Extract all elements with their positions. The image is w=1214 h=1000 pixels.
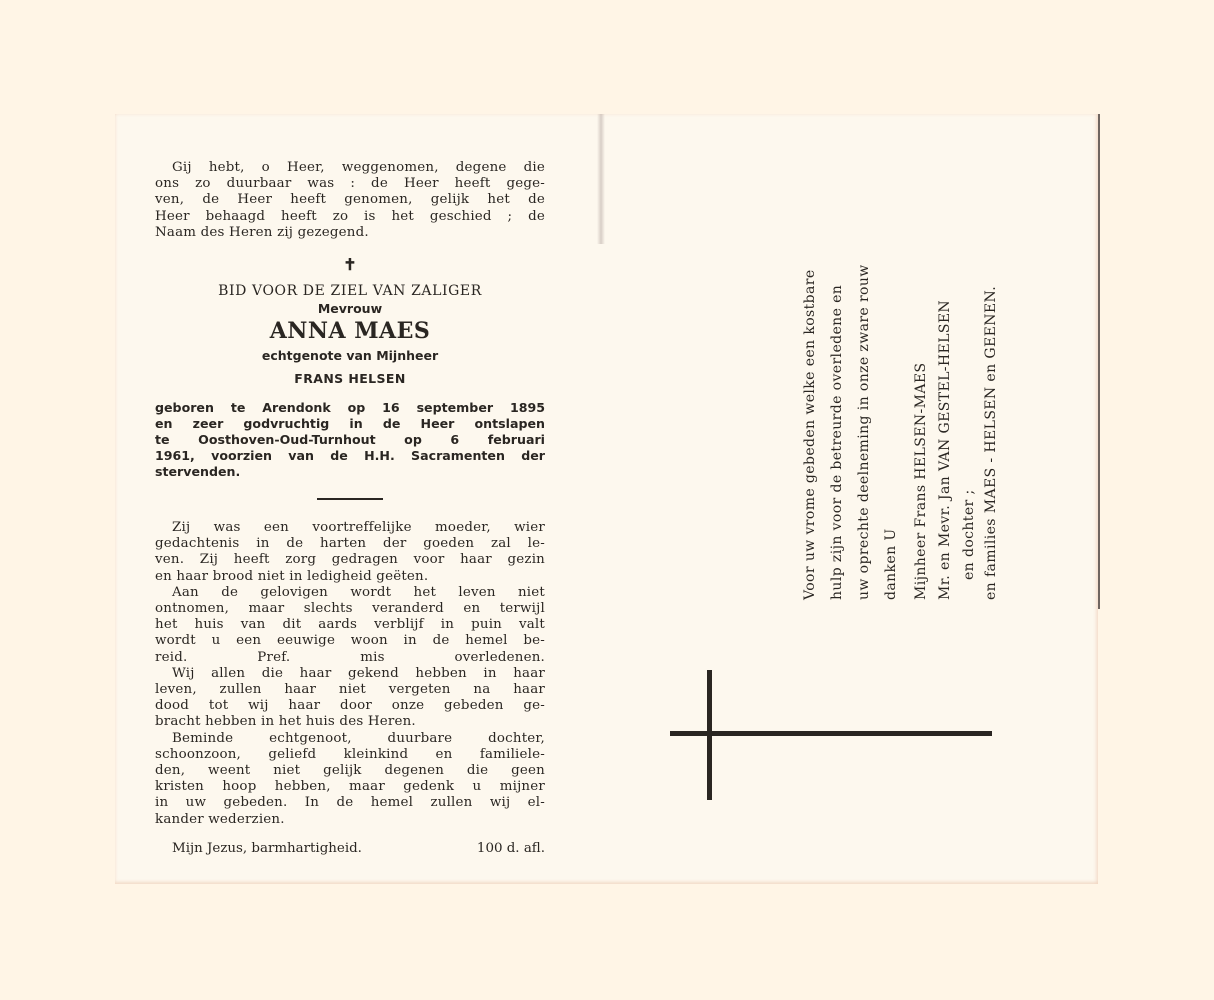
text-line: den, weent niet gelijk degenen die geen [155,763,545,779]
text-line: stervenden. [155,464,545,480]
deceased-name: ANNA MAES [155,318,545,344]
text-line: te Oosthoven-Oud-Turnhout op 6 februari [155,432,545,448]
family-line: en families MAES - HELSEN en GEENEN. [983,286,999,600]
text-line: en haar brood niet in ledigheid geëten. [155,569,545,585]
text-line: dood tot wij haar door onze gebeden ge- [155,698,545,714]
thanks-line: danken U [883,528,899,600]
text-line: Naam des Heren zij gezegend. [155,225,545,241]
thanks-line: Voor uw vrome gebeden welke een kostbare [802,269,818,600]
text-line: Beminde echtgenoot, duurbare dochter, [155,731,545,747]
text-line: kander wederzien. [155,812,545,828]
text-line: 1961, voorzien van de H.H. Sacramenten d… [155,448,545,464]
biography: geboren te Arendonk op 16 september 1895… [155,400,545,480]
text-line: schoonzoon, geliefd kleinkind en familie… [155,747,545,763]
text-line: ons zo duurbaar was : de Heer heeft gege… [155,176,545,192]
spouse-intro: echtgenote van Mijnheer [155,348,545,363]
text-line: en zeer godvruchtig in de Heer ontslapen [155,416,545,432]
memorial-text: Zij was een voortreffelijke moeder, wier… [155,520,545,828]
text-line: reid. Pref. mis overledenen. [155,650,545,666]
thanks-line: uw oprechte deelneming in onze zware rou… [856,264,872,600]
text-line: Gij hebt, o Heer, weggenomen, degene die [155,160,545,176]
bible-verse: Gij hebt, o Heer, weggenomen, degene die… [155,160,545,241]
text-line: het huis van dit aards verblijf in puin … [155,617,545,633]
text-line: geboren te Arendonk op 16 september 1895 [155,400,545,416]
footer: Mijn Jezus, barmhartigheid. 100 d. afl. [155,841,545,856]
family-line: Mr. en Mevr. Jan VAN GESTEL-HELSEN [937,300,953,600]
prayer: Mijn Jezus, barmhartigheid. [172,841,362,856]
card-fold [597,114,605,244]
text-line: Zij was een voortreffelijke moeder, wier [155,520,545,536]
large-cross-horizontal-bar [670,731,992,736]
memorial-card: Gij hebt, o Heer, weggenomen, degene die… [115,114,1098,884]
small-cross-icon: ✝ [155,255,545,275]
text-line: bracht hebben in het huis des Heren. [155,714,545,730]
divider [317,498,383,500]
text-line: kristen hoop hebben, maar gedenk u mijne… [155,779,545,795]
text-line: ven. Zij heeft zorg gedragen voor haar g… [155,552,545,568]
family-line: en dochter ; [961,489,977,580]
text-line: Heer behaagd heeft zo is het geschied ; … [155,209,545,225]
thanks-line: hulp zijn voor de betreurde overledene e… [829,285,845,600]
text-line: leven, zullen haar niet vergeten na haar [155,682,545,698]
indulgence: 100 d. afl. [477,841,545,856]
text-line: ven, de Heer heeft genomen, gelijk het d… [155,192,545,208]
text-line: in uw gebeden. In de hemel zullen wij el… [155,795,545,811]
pray-line: BID VOOR DE ZIEL VAN ZALIGER [155,283,545,299]
text-line: ontnomen, maar slechts veranderd en terw… [155,601,545,617]
text-line: Wij allen die haar gekend hebben in haar [155,666,545,682]
text-line: wordt u een eeuwige woon in de hemel be- [155,633,545,649]
left-page: Gij hebt, o Heer, weggenomen, degene die… [155,160,545,856]
spouse-name: FRANS HELSEN [155,371,545,386]
title: Mevrouw [155,301,545,316]
text-line: Aan de gelovigen wordt het leven niet [155,585,545,601]
text-line: gedachtenis in de harten der goeden zal … [155,536,545,552]
family-line: Mijnheer Frans HELSEN-MAES [913,363,929,600]
